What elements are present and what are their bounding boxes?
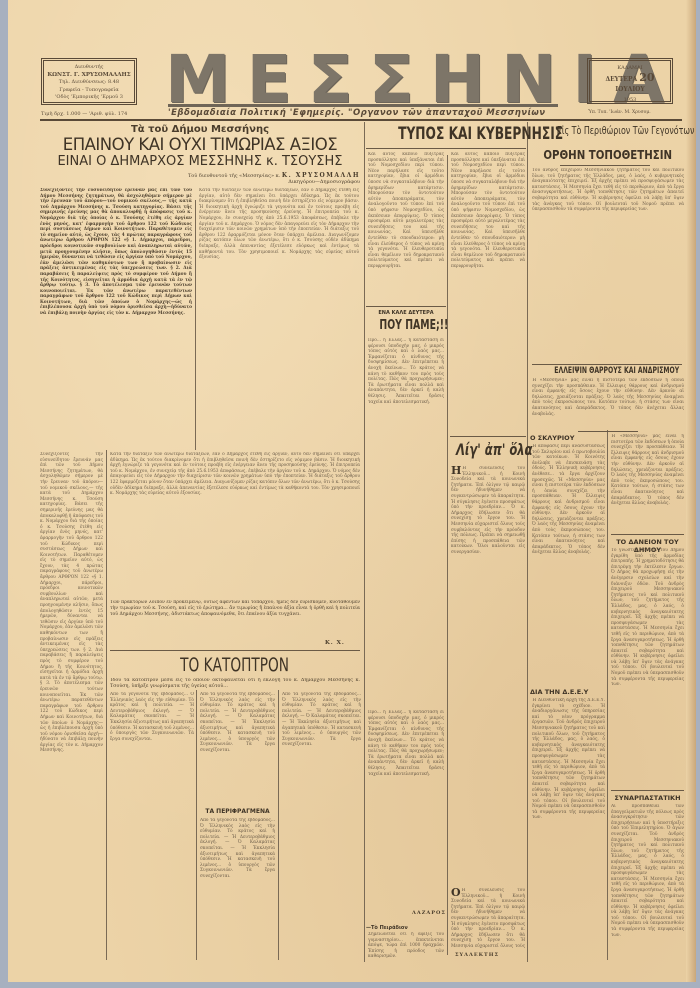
elleipsin-body: Ἡ «Μεσσηνία» μας εἶναι ἡ πιστοτέρα τῶν ἐ…	[532, 378, 684, 430]
byline-name: Κ. ΧΡΥΣΟΜΑΛΛΗ	[282, 172, 360, 179]
byline-prefix: Τοῦ διευθυντοῦ τῆς «Μεσσηνίας» κ.	[188, 173, 280, 179]
imprint-role: Διευθυντής	[46, 64, 132, 72]
section-rule	[560, 165, 650, 166]
column-divider	[607, 430, 608, 960]
peiradion-body-text: Σημειώνεται ὅτι ἡ ἄφιξις τοῦ γυμναστηρίο…	[368, 932, 444, 959]
dateline-day: 20	[639, 71, 654, 84]
section-rule	[110, 650, 360, 651]
periphragmena-head: ΤΑ ΠΕΡΙΦΡΑΓΜΕΝΑ	[200, 808, 275, 815]
dropcap: Η	[451, 466, 461, 476]
section-rule	[611, 790, 684, 791]
orthin-body-text: Τοῦ ἀνδρὸς ἐπιχειροῦ Μεσσηνιακοῦ ζητήματ…	[532, 168, 684, 212]
column-divider	[106, 450, 107, 960]
pou-pame-body-text: Πρό... ἡ Ἑλλάς... ἡ κατάσταση εἰ φέρουσι…	[368, 338, 444, 405]
typos-col2-text: Καὶ αὐτὸς κάποιο πυξίτρας προσκόλλησε κα…	[451, 152, 525, 269]
pou-pame-headline-text: ΠΟΥ ΠΑΜΕ;!!	[379, 318, 448, 333]
lead-headline: ΕΠΑΙΝΟΥ ΚΑΙ ΟΥΧΙ ΤΙΜΩΡΙΑΣ ΑΞΙΟΣ	[40, 136, 360, 154]
pou-pame-body-cont-text: Πρό... ἡ Ἑλλάς... ἡ κατάσταση εἰ φέρουσι…	[368, 710, 444, 777]
section-rule	[532, 364, 682, 365]
masthead-rule	[40, 119, 682, 121]
typos-col2: Καὶ αὐτὸς κάποιο πυξίτρας προσκόλλησε κα…	[451, 152, 525, 432]
page-edge-shadow	[686, 0, 696, 982]
lead-signature: Κ. Χ.	[325, 640, 345, 646]
peiradion-head: —Τὸ Πειράδιον	[366, 925, 426, 931]
typos-headline: ΤΥΠΟΣ ΚΑΙ ΚΥΒΕΡΝΗΣΙΣ	[366, 124, 526, 144]
dateline-weekday: ΔΕΥΤΕΡΑ	[605, 76, 637, 83]
column-divider	[196, 690, 197, 960]
orthin-body: Τοῦ ἀνδρὸς ἐπιχειροῦ Μεσσηνιακοῦ ζητήματ…	[532, 168, 684, 364]
typos-col1-text: Καὶ αὐτὸς κάποιο πυξίτρας προσκόλλησε κα…	[368, 152, 444, 269]
elleipsin-headline-text: ΕΛΛΕΙΨΙΝ ΘΑΡΡΟΥΣ ΚΑΙ ΑΝΔΡΙΣΜΟΥ	[554, 366, 679, 376]
lead-continued-col1: Συνεχίζοντες τὴν εὐσυνείδητον ἔρευνάν μα…	[40, 452, 103, 952]
dateline-city: ΚΑΛΑΜΑΙ	[590, 63, 670, 73]
section-rule	[366, 306, 446, 307]
katoptron-col2: Ἀπὸ τὰ γεγονότα τῆς ἐβδομάδος... Ὁ Ἑλλην…	[200, 692, 275, 802]
column-divider	[527, 122, 528, 962]
dateline-box: ΚΑΛΑΜΑΙ ΔΕΥΤΕΡΑ 20 ΙΟΥΛΙΟΥ 1953	[587, 58, 673, 104]
periphery-headline-small-text: Εἰς Τὸ Περιθώριον Τῶν Γεγονότων	[557, 124, 695, 137]
lead-continued-col2-text: Κατὰ τὴν διάταξιν τῶν ἀνωτέρω διατάξεων,…	[110, 452, 360, 496]
deey-body: Ἡ Διευθυντικὴ ἀρχὴ τῆς Δ.Ε.Ε.Υ. ἐγκρίνει…	[532, 698, 605, 948]
lead-body-right-text: Κατὰ τὴν διάταξιν τῶν ἀνωτέρω διατάξεων,…	[199, 188, 359, 260]
lig-ap-ola-body: Η Η συνέλευσις τοῦ Ἑλληνικοῦ... ἡ Κοινὴ …	[451, 466, 525, 886]
section-rule	[578, 431, 638, 432]
katoptron-col1: Ἀπὸ τὰ γεγονότα τῆς ἐβδομάδος... Ὁ Ἑλλην…	[110, 692, 194, 952]
dateline-date: ΔΕΥΤΕΡΑ 20 ΙΟΥΛΙΟΥ	[590, 73, 670, 95]
byline-role: Δικηγόρου—Δημοσιογράφου	[150, 179, 360, 185]
lig-ap-ola-headline: Λίγ' ἀπ' ὅλα	[450, 440, 526, 459]
lead-conclusion-text: Τῶν πρακτόρων λοιπὸν ἐν προκειμένῳ, οὔτω…	[110, 600, 360, 617]
sklyriou-headline: Ο ΣΚΛΥΡΙΟΥ	[530, 434, 606, 442]
typos-col1: Καὶ αὐτὸς κάποιο πυξίτρας προσκόλλησε κα…	[368, 152, 444, 302]
imprint-box: Διευθυντής ΚΩΝΣΤ. Γ. ΧΡΥΣΟΜΑΛΛΗΣ Τηλ. Δι…	[41, 58, 137, 105]
lead-kicker: Τὰ τοῦ Δήμου Μεσσήνης	[40, 124, 360, 135]
imprint-offices: Γραφεῖα - Τυπογραφεῖα	[46, 87, 132, 95]
price-line: Τιμὴ δρχ. 1.000 — 'Αριθ. φύλ. 174	[41, 111, 127, 117]
pou-pame-body-cont: Πρό... ἡ Ἑλλάς... ἡ κατάσταση εἰ φέρουσι…	[368, 710, 444, 902]
lead-body-left: Συνεχίζοντες τὴν εὐσυνείδητον ἔρευνάν μα…	[40, 188, 192, 450]
lead-conclusion: Τῶν πρακτόρων λοιπὸν ἐν προκειμένῳ, οὔτω…	[110, 600, 360, 636]
editor-line: Ὑπ. Τυπ. 'Ιωάν. Μ. Χρυσομ.	[588, 110, 651, 115]
katoptron-intro-text: Ἰδοὺ τὰ κατοπτρον μέσα εἰς τὸ ὁποῖον ὀκτ…	[110, 678, 360, 689]
katoptron-headline-text: ΤΟ ΚΑΤΟΠΤΡΟΝ	[181, 654, 290, 676]
dateline-year: 1953	[590, 95, 670, 105]
newspaper-subtitle: 'Εβδομαδιαία Πολιτική 'Εφημερίς. "Οργανο…	[168, 108, 568, 118]
column-divider	[447, 155, 448, 955]
section-rule	[366, 148, 526, 149]
synarpastatiki-body: Αἱ προσπάθειαι τῶν ἐπαγγελματιῶν τῆς πόλ…	[611, 804, 684, 954]
periphragmena-body-text: Ἀπὸ τὰ γεγονότα τῆς ἐβδομάδος... Ὁ Ἑλλην…	[200, 818, 275, 879]
imprint-address: 'Οδὸς 'Εμπορικῆς 'Ερμοῦ 3	[46, 94, 132, 102]
periphragmena-body: Ἀπὸ τὰ γεγονότα τῆς ἐβδομάδος... Ὁ Ἑλλην…	[200, 818, 275, 952]
orthin-headline-text: ΟΡΘΗΝ ΤΟΠΟΘΕΤΗΣΙΝ	[543, 148, 672, 162]
periphery-headline-small: Εἰς Τὸ Περιθώριον Τῶν Γεγονότων	[530, 124, 685, 137]
daneion-body: Τὸ γνωστὸν δάνειον τοῦ Δήμου ἐγκρίθη ὑπὸ…	[611, 548, 684, 788]
pou-pame-headline: ΠΟΥ ΠΑΜΕ;!!	[366, 318, 446, 333]
pou-pame-kicker: ΕΝΑ ΚΑΛΕ ΔΕΥΤΕΡΑ	[366, 310, 446, 316]
column-divider	[364, 122, 365, 962]
katoptron-col3: Ἀπὸ τὰ γεγονότα τῆς ἐβδομάδος... Ὁ Ἑλλην…	[282, 692, 361, 952]
lead-subheadline: ΕΙΝΑΙ Ο ΔΗΜΑΡΧΟΣ ΜΕΣΣΗΝΗΣ κ. ΤΣΟΥΣΗΣ	[40, 154, 360, 169]
pou-pame-body: Πρό... ἡ Ἑλλάς... ἡ κατάσταση εἰ φέρουσι…	[368, 338, 444, 708]
katoptron-col2-text: Ἀπὸ τὰ γεγονότα τῆς ἐβδομάδος... Ὁ Ἑλλην…	[200, 692, 275, 753]
newspaper-title: ΜΕΣΣΗΝΙΑ	[165, 50, 565, 110]
synarpastatiki-headline: ΣΥΝΑΡΠΑΣΤΑΤΙΚΗ	[610, 794, 685, 802]
lig-ap-ola-signature: ΣΥΛΛΕΚΤΗΣ	[455, 952, 499, 958]
lead-continued-col1-text: Συνεχίζοντες τὴν εὐσυνείδητον ἔρευνάν μα…	[40, 452, 103, 753]
dropcap: Ο	[451, 888, 461, 898]
lead-byline: Τοῦ διευθυντοῦ τῆς «Μεσσηνίας» κ. Κ. ΧΡΥ…	[150, 172, 360, 185]
lead-body-right: Κατὰ τὴν διάταξιν τῶν ἀνωτέρω διατάξεων,…	[199, 188, 359, 450]
lig-ap-ola-headline-text: Λίγ' ἀπ' ὅλα	[456, 440, 532, 459]
lig-ap-ola-body-cont-text: Η συνέλευσις τοῦ Ἑλληνικοῦ... ἡ Κοινὴ Συ…	[451, 888, 525, 948]
elleipsin-body-text: Ἡ «Μεσσηνία» μας εἶναι ἡ πιστοτέρα τῶν ἐ…	[532, 378, 684, 417]
peiradion-body: Σημειώνεται ὅτι ἡ ἄφιξις τοῦ γυμναστηρίο…	[368, 932, 444, 962]
imprint-name: ΚΩΝΣΤ. Γ. ΧΡΥΣΟΜΑΛΛΗΣ	[46, 72, 132, 80]
pou-pame-signature: ΛΑΖΑΡΟΣ	[412, 910, 446, 916]
imprint-phone: Τηλ. Διευθύνσεως: 8.48	[46, 79, 132, 87]
lig-ap-ola-body-cont: Ο Η συνέλευσις τοῦ Ἑλληνικοῦ... ἡ Κοινὴ …	[451, 888, 525, 948]
katoptron-intro: Ἰδοὺ τὰ κατοπτρον μέσα εἰς τὸ ὁποῖον ὀκτ…	[110, 678, 360, 690]
katoptron-col3-text: Ἀπὸ τὰ γεγονότα τῆς ἐβδομάδος... Ὁ Ἑλλην…	[282, 692, 361, 747]
title-rule	[168, 104, 558, 107]
elleipsin-headline: ΕΛΛΕΙΨΙΝ ΘΑΡΡΟΥΣ ΚΑΙ ΑΝΔΡΙΣΜΟΥ	[530, 366, 685, 376]
katoptron-headline: ΤΟ ΚΑΤΟΠΤΡΟΝ	[110, 654, 360, 676]
lead-body-left-text: Συνεχίζοντες τὴν εὐσυνείδητον ἔρευνάν μα…	[40, 188, 192, 316]
column-divider	[278, 690, 279, 960]
deey-headline: ΔΙΑ ΤΗΝ Δ.Ε.Ε.Υ	[530, 688, 606, 696]
dateline-month: ΙΟΥΛΙΟΥ	[615, 86, 644, 93]
sklyriou-body: Ἡ ἀπόφασις περὶ ἀνασυστάσεως τοῦ Σκλυρίο…	[532, 444, 605, 640]
section-rule	[611, 534, 684, 535]
section-rule	[450, 436, 526, 437]
right-col-body: Ἡ «Μεσσηνία» μας εἶναι ἡ πιστοτέρα τῶν ἐ…	[611, 434, 684, 534]
orthin-headline: ΟΡΘΗΝ ΤΟΠΟΘΕΤΗΣΙΝ	[530, 148, 685, 162]
katoptron-col1-text: Ἀπὸ τὰ γεγονότα τῆς ἐβδομάδος... Ὁ Ἑλλην…	[110, 692, 194, 742]
right-col-body-text: Ἡ «Μεσσηνία» μας εἶναι ἡ πιστοτέρα τῶν ἐ…	[611, 434, 684, 506]
column-divider	[195, 200, 196, 450]
lig-ap-ola-body-text: Η συνέλευσις τοῦ Ἑλληνικοῦ... ἡ Κοινὴ Συ…	[451, 466, 525, 555]
